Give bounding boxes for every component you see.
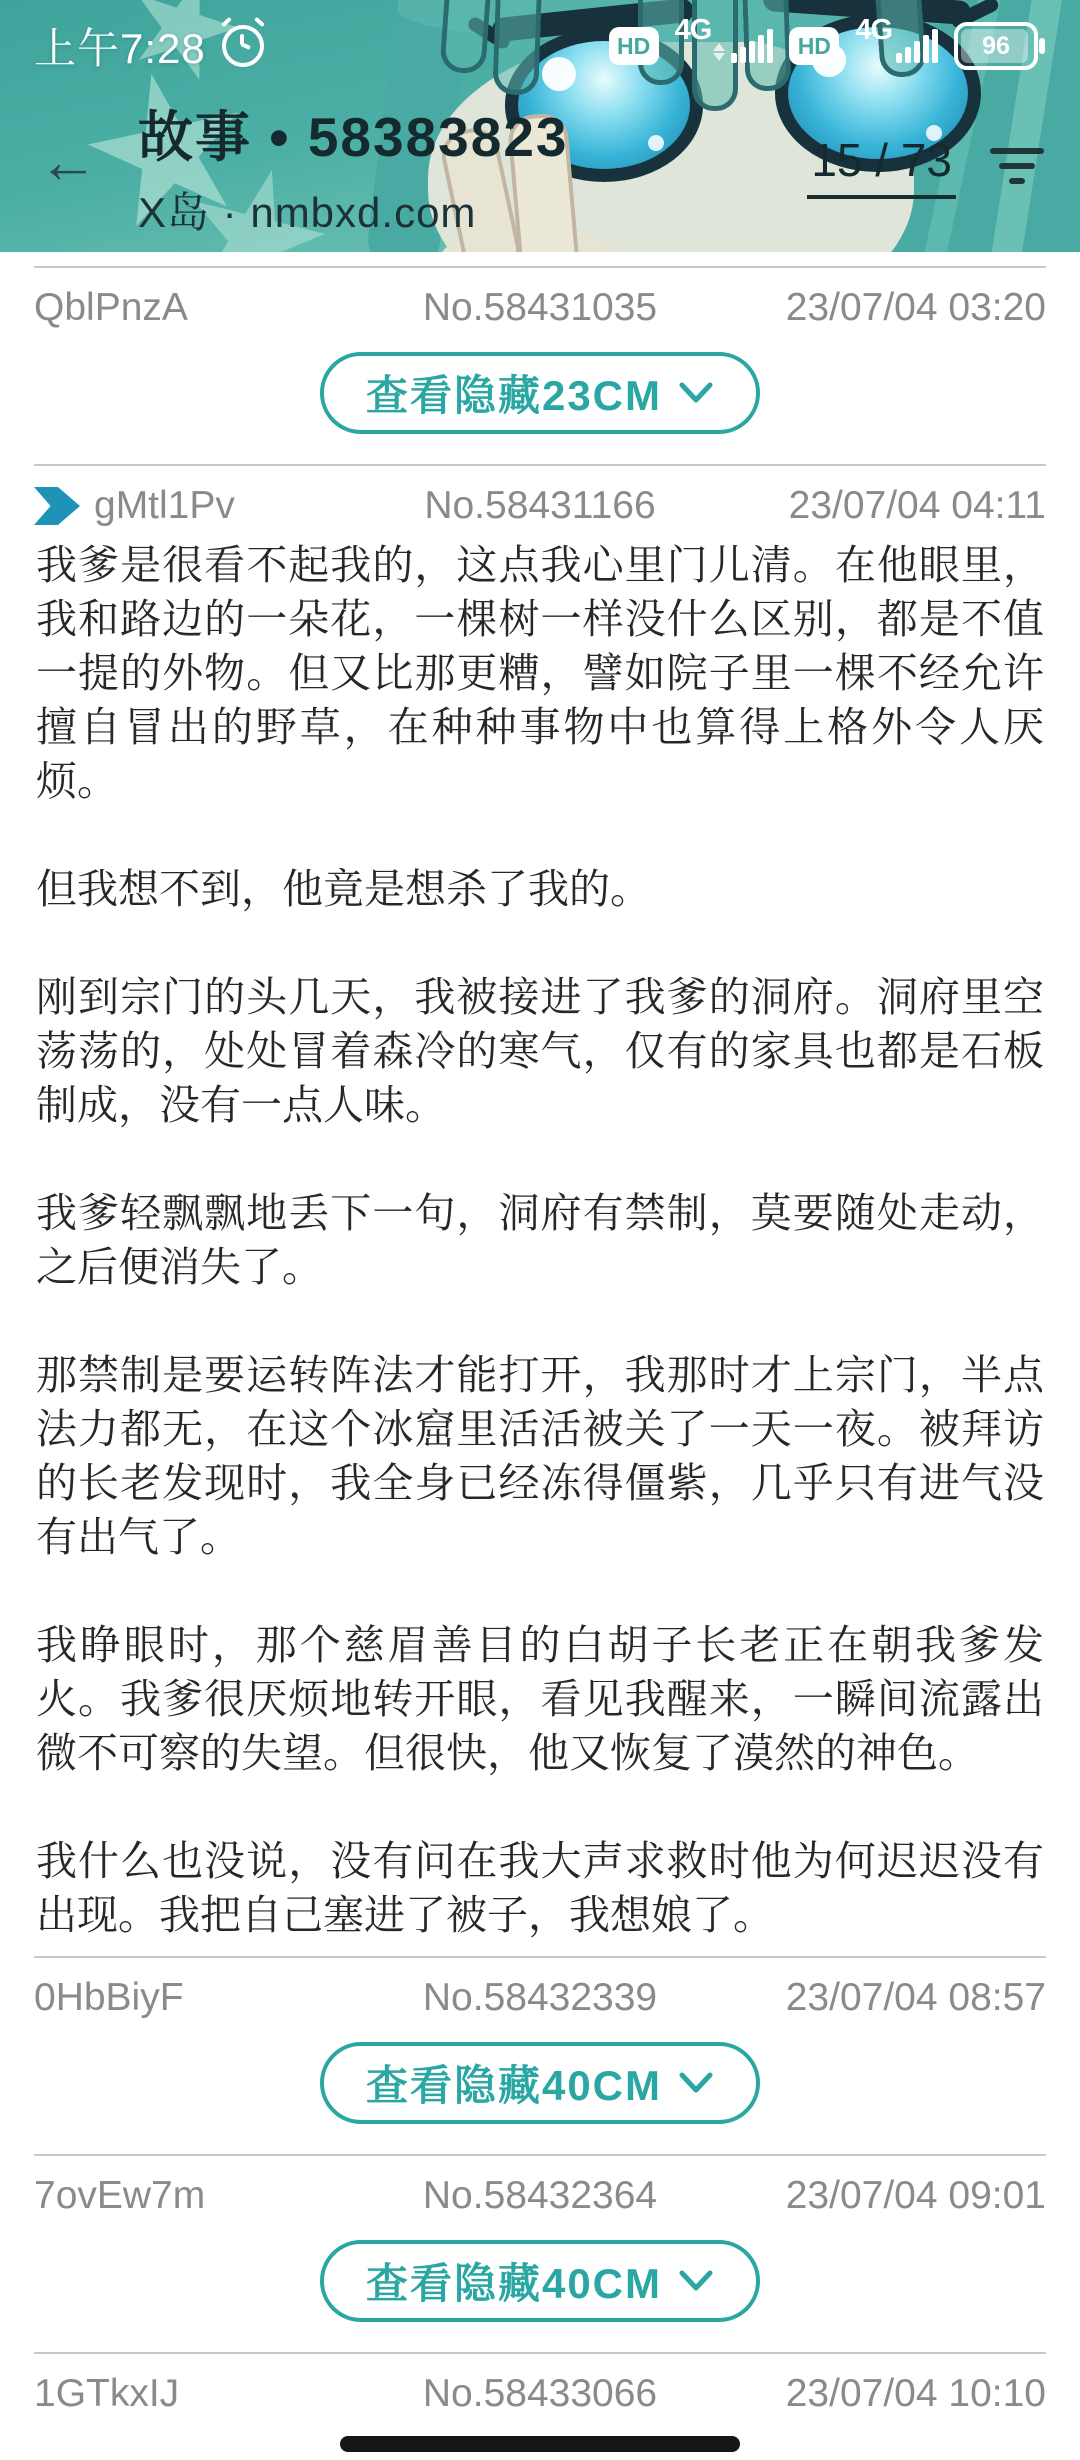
post-paragraph: 我睁眼时，那个慈眉善目的白胡子长老正在朝我爹发火。我爹很厌烦地转开眼，看见我醒来…: [36, 1618, 1044, 1780]
app-screen: 上午7:28 HD 4G HD 4G 96: [0, 0, 1080, 2460]
post-username: QblPnzA: [34, 286, 361, 330]
network-type-label-2: 4G: [855, 14, 892, 47]
chevron-down-icon: [678, 381, 714, 405]
network-type-label: 4G: [675, 14, 712, 47]
post-date: 23/07/04 09:01: [719, 2174, 1046, 2218]
battery-percent: 96: [982, 32, 1010, 61]
post-number: No.58431166: [361, 484, 718, 528]
post-username: 0HbBiyF: [34, 1976, 361, 2020]
post-username: gMtl1Pv: [34, 484, 361, 528]
post-username: 1GTkxIJ: [34, 2372, 361, 2416]
thread-content: QblPnzA No.58431035 23/07/04 03:20 查看隐藏2…: [0, 252, 1080, 2436]
page-subtitle: X岛 · nmbxd.com: [138, 180, 569, 240]
post-paragraph: 我爹轻飘飘地丢下一句，洞府有禁制，莫要随处走动，之后便消失了。: [36, 1186, 1044, 1294]
page-title: 故事 • 58383823: [138, 93, 569, 172]
post-header: gMtl1Pv No.58431166 23/07/04 04:11: [0, 466, 1080, 528]
status-bar: 上午7:28 HD 4G HD 4G 96: [0, 0, 1080, 92]
view-hidden-label: 查看隐藏23CM: [366, 363, 662, 423]
hd-icon-2: HD: [789, 27, 839, 65]
view-hidden-label: 查看隐藏40CM: [366, 2053, 662, 2113]
signal-icon-sim2: 4G: [855, 29, 938, 63]
hd-icon: HD: [609, 27, 659, 65]
alarm-icon: [222, 25, 264, 67]
post-username: 7ovEw7m: [34, 2174, 361, 2218]
nav-right: 15 / 73: [807, 133, 1050, 199]
chevron-down-icon: [678, 2269, 714, 2293]
post-header: 0HbBiyF No.58432339 23/07/04 08:57: [0, 1958, 1080, 2020]
po-arrow-icon: [34, 487, 80, 525]
status-right: HD 4G HD 4G 96: [609, 22, 1046, 70]
title-block: 故事 • 58383823 X岛 · nmbxd.com: [138, 93, 569, 240]
post-date: 23/07/04 03:20: [719, 286, 1046, 330]
signal-bars-icon: [731, 29, 773, 63]
post-date: 23/07/04 04:11: [719, 484, 1046, 528]
post-number: No.58433066: [361, 2372, 718, 2416]
view-hidden-label: 查看隐藏40CM: [366, 2251, 662, 2311]
post-item-3: 0HbBiyF No.58432339 23/07/04 08:57 查看隐藏4…: [0, 1956, 1080, 2124]
back-arrow-icon[interactable]: ←: [38, 132, 98, 192]
post-item-4: 7ovEw7m No.58432364 23/07/04 09:01 查看隐藏4…: [0, 2154, 1080, 2322]
status-left: 上午7:28: [34, 16, 264, 76]
chevron-down-icon: [678, 2071, 714, 2095]
post-header: 7ovEw7m No.58432364 23/07/04 09:01: [0, 2156, 1080, 2218]
post-number: No.58431035: [361, 286, 718, 330]
post-item-5: 1GTkxIJ No.58433066 23/07/04 10:10: [0, 2352, 1080, 2436]
view-hidden-button[interactable]: 查看隐藏40CM: [320, 2042, 760, 2124]
post-item-2: gMtl1Pv No.58431166 23/07/04 04:11 我爹是很看…: [0, 464, 1080, 1956]
home-indicator[interactable]: [340, 2436, 740, 2452]
post-body: 我爹是很看不起我的，这点我心里门儿清。在他眼里，我和路边的一朵花，一棵树一样没什…: [0, 528, 1080, 1956]
post-header: 1GTkxIJ No.58433066 23/07/04 10:10: [0, 2354, 1080, 2416]
battery-icon: 96: [954, 22, 1038, 70]
nav-bar: ← 故事 • 58383823 X岛 · nmbxd.com 15 / 73: [0, 92, 1080, 252]
status-time: 上午7:28: [34, 16, 206, 76]
post-date: 23/07/04 10:10: [719, 2372, 1046, 2416]
post-paragraph: 刚到宗门的头几天，我被接进了我爹的洞府。洞府里空荡荡的，处处冒着森冷的寒气，仅有…: [36, 970, 1044, 1132]
view-hidden-button[interactable]: 查看隐藏23CM: [320, 352, 760, 434]
post-number: No.58432339: [361, 1976, 718, 2020]
post-date: 23/07/04 08:57: [719, 1976, 1046, 2020]
post-paragraph: 但我想不到，他竟是想杀了我的。: [36, 862, 1044, 916]
post-number: No.58432364: [361, 2174, 718, 2218]
post-paragraph: 我什么也没说，没有问在我大声求救时他为何迟迟没有出现。我把自己塞进了被子，我想娘…: [36, 1834, 1044, 1942]
thread-header: 上午7:28 HD 4G HD 4G 96: [0, 0, 1080, 252]
post-item-1: QblPnzA No.58431035 23/07/04 03:20 查看隐藏2…: [0, 266, 1080, 434]
data-activity-icon: [713, 43, 725, 61]
page-indicator[interactable]: 15 / 73: [807, 133, 956, 199]
post-paragraph: 我爹是很看不起我的，这点我心里门儿清。在他眼里，我和路边的一朵花，一棵树一样没什…: [36, 538, 1044, 808]
view-hidden-button[interactable]: 查看隐藏40CM: [320, 2240, 760, 2322]
signal-icon-sim1: 4G: [675, 29, 774, 63]
post-header: QblPnzA No.58431035 23/07/04 03:20: [0, 268, 1080, 330]
filter-icon[interactable]: [984, 142, 1050, 190]
post-paragraph: 那禁制是要运转阵法才能打开，我那时才上宗门，半点法力都无，在这个冰窟里活活被关了…: [36, 1348, 1044, 1564]
signal-bars-icon-2: [896, 29, 938, 63]
